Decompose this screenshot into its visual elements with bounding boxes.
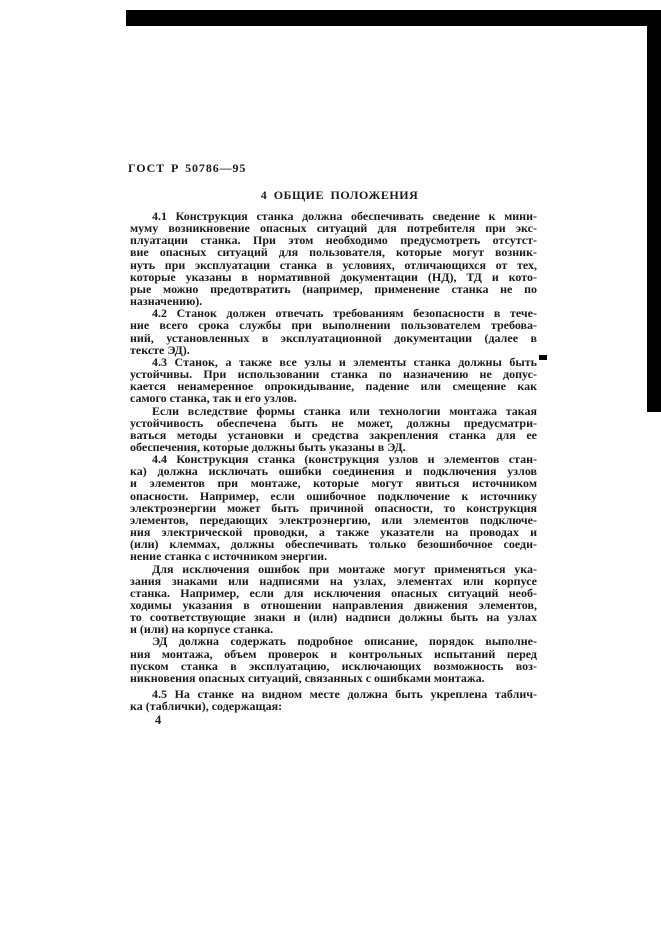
scan-artifact-top-bar bbox=[126, 10, 661, 26]
text-line: опасности. Например, если ошибочное подк… bbox=[130, 490, 537, 502]
page-number: 4 bbox=[155, 713, 161, 728]
text-line: ний, установленных в эксплуатационной до… bbox=[130, 332, 537, 344]
paragraph: ЭД должна содержать подробное описание, … bbox=[130, 635, 537, 684]
text-line: Для исключения ошибок при монтаже могут … bbox=[130, 563, 537, 575]
body-text: 4.1 Конструкция станка должна обеспечива… bbox=[130, 210, 537, 712]
text-line: самого станка, так и его узлов. bbox=[130, 392, 537, 404]
paragraph: Для исключения ошибок при монтаже могут … bbox=[130, 563, 537, 636]
scan-artifact-right-bar bbox=[647, 10, 661, 412]
text-line: устойчивость обеспечена быть не может, д… bbox=[130, 417, 537, 429]
text-line: никновения опасных ситуаций, связанных с… bbox=[130, 672, 537, 684]
text-line: ние всего срока службы при выполнении по… bbox=[130, 319, 537, 331]
text-line: вие опасных ситуаций для пользователя, к… bbox=[130, 246, 537, 258]
paragraph: 4.1 Конструкция станка должна обеспечива… bbox=[130, 210, 537, 307]
paragraph: 4.3 Станок, а также все узлы и элементы … bbox=[130, 356, 537, 405]
text-line: нение станка с источником энергии. bbox=[130, 550, 537, 562]
text-line: ЭД должна содержать подробное описание, … bbox=[130, 635, 537, 647]
text-line: нуть при эксплуатации станка в условиях,… bbox=[130, 259, 537, 271]
text-line: ния монтажа, объем проверок и контрольны… bbox=[130, 648, 537, 660]
document-page: ГОСТ Р 50786—95 4 ОБЩИЕ ПОЛОЖЕНИЯ 4.1 Ко… bbox=[0, 0, 661, 935]
scan-artifact-tick bbox=[539, 355, 547, 360]
paragraph: Если вследствие формы станка или техноло… bbox=[130, 405, 537, 454]
paragraph: 4.2 Станок должен отвечать требованиям б… bbox=[130, 307, 537, 356]
paragraph: 4.4 Конструкция станка (конструкция узло… bbox=[130, 453, 537, 562]
text-line: ка (таблички), содержащая: bbox=[130, 700, 537, 712]
paragraph: 4.5 На станке на видном месте должна быт… bbox=[130, 688, 537, 712]
document-header: ГОСТ Р 50786—95 bbox=[128, 161, 246, 176]
text-line: и элементов при монтаже, которые могут я… bbox=[130, 477, 537, 489]
section-title: 4 ОБЩИЕ ПОЛОЖЕНИЯ bbox=[130, 188, 537, 203]
text-line: Если вследствие формы станка или техноло… bbox=[130, 405, 537, 417]
